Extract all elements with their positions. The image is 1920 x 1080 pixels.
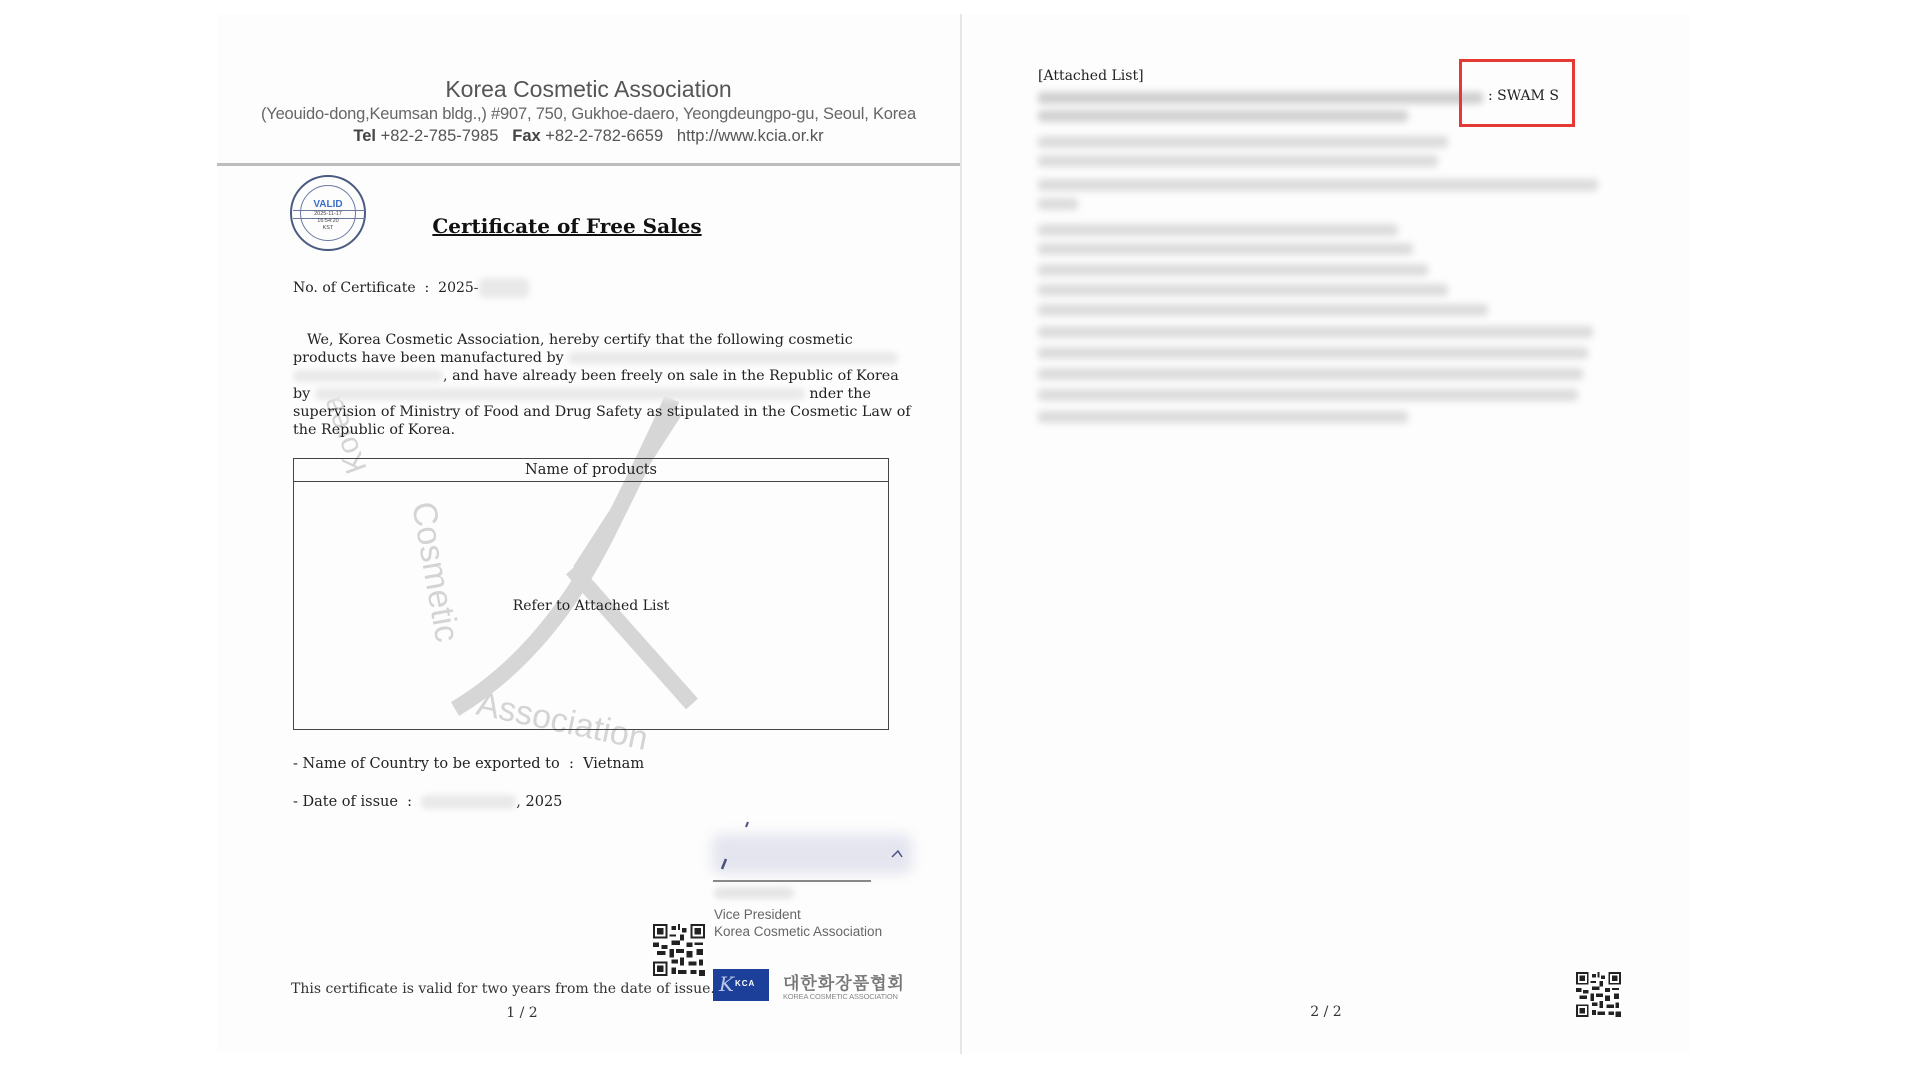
statement-line-4-prefix: by (293, 386, 310, 402)
org-contact: Tel +82-2-785-7985 Fax +82-2-782-6659 ht… (217, 127, 960, 146)
statement-line-4-suffix: nder the (809, 386, 871, 402)
timestamp-stamp-icon: VALID 2025-11-17 16:54:20 KST (290, 175, 366, 251)
certificate-number-value: 2025- (438, 280, 478, 296)
signer-organization: Korea Cosmetic Association (714, 924, 882, 939)
products-table: Name of products Refer to Attached List (293, 458, 889, 730)
statement-line-3-text: , and have already been freely on sale i… (443, 368, 899, 384)
issue-date-separator: : (407, 794, 412, 810)
kca-k-icon: K (719, 972, 734, 996)
products-table-cell: Refer to Attached List (294, 483, 888, 729)
redacted-product-line (1038, 326, 1593, 338)
redacted-manufacturer-address (293, 370, 443, 382)
kca-korean-name: 대한화장품협회 (783, 969, 905, 994)
statement-line-3: , and have already been freely on sale i… (293, 367, 889, 385)
redacted-product-line (1038, 304, 1488, 316)
attached-list-title: [Attached List] (1038, 68, 1144, 84)
tel-label: Tel (353, 127, 376, 145)
statement-line-2-text: products have been manufactured by (293, 350, 564, 366)
fax-label: Fax (512, 127, 540, 145)
org-address: (Yeouido-dong,Keumsan bldg.,) #907, 750,… (217, 105, 960, 124)
export-country: - Name of Country to be exported to : Vi… (293, 756, 644, 772)
qr-code-icon[interactable] (653, 924, 705, 976)
issue-date-year: , 2025 (516, 794, 562, 810)
products-table-header: Name of products (294, 459, 888, 482)
tel-value: +82-2-785-7985 (381, 127, 499, 145)
highlight-box (1459, 59, 1575, 127)
website-link[interactable]: http://www.kcia.or.kr (677, 127, 824, 145)
stamp-zone: KST (301, 225, 355, 232)
validity-note: This certificate is valid for two years … (291, 981, 715, 997)
stamp-datetime: 2025-11-17 16:54:20 KST (301, 211, 355, 232)
signature-stroke-icon (712, 817, 912, 882)
statement-line-6: the Republic of Korea. (293, 421, 889, 439)
redacted-product-line (1038, 411, 1408, 423)
statement-line-2: products have been manufactured by (293, 349, 889, 367)
certification-statement: We, Korea Cosmetic Association, hereby c… (293, 331, 889, 439)
kca-english-name: KOREA COSMETIC ASSOCIATION (783, 992, 898, 1001)
redacted-product-line (1038, 92, 1483, 104)
redacted-certificate-number (479, 278, 529, 298)
stamp-date: 2025-11-17 (301, 211, 355, 218)
signer-title: Vice President (714, 907, 801, 922)
certificate-number: No. of Certificate : 2025- (293, 278, 529, 298)
redacted-product-line (1038, 155, 1438, 167)
certificate-number-separator: : (425, 280, 430, 296)
statement-line-5: supervision of Ministry of Food and Drug… (293, 403, 889, 421)
fax-value: +82-2-782-6659 (545, 127, 663, 145)
page-divider (960, 14, 962, 1054)
export-country-label: - Name of Country to be exported to (293, 756, 560, 772)
redacted-product-line (1038, 110, 1408, 122)
redacted-product-line (1038, 368, 1583, 380)
redacted-product-line (1038, 389, 1578, 401)
redacted-product-line (1038, 179, 1598, 191)
certificate-page-1: Korea Cosmetic Association Korea Cosmeti… (217, 14, 960, 1052)
certificate-title: Certificate of Free Sales (397, 214, 737, 238)
redacted-product-line (1038, 243, 1413, 255)
redacted-signer-name (714, 887, 794, 899)
signature-line (713, 880, 871, 882)
page-number: 2 / 2 (1201, 1004, 1451, 1020)
redacted-product-line (1038, 264, 1428, 276)
redacted-product-line (1038, 136, 1448, 148)
attached-list-page-2: [Attached List] : SWAM S 2 / 2 (963, 14, 1690, 1052)
kca-logo: K KCA (713, 969, 769, 1001)
header-rule (217, 163, 960, 166)
stamp-status: VALID (301, 199, 355, 210)
statement-line-1: We, Korea Cosmetic Association, hereby c… (293, 331, 889, 349)
redacted-product-line (1038, 224, 1398, 236)
page-number: 1 / 2 (217, 1005, 827, 1021)
redacted-product-line (1038, 347, 1588, 359)
export-country-separator: : (569, 756, 574, 772)
redacted-product-line (1038, 284, 1448, 296)
statement-line-4: by nder the (293, 385, 889, 403)
redacted-seller (315, 388, 805, 400)
redacted-manufacturer (568, 352, 898, 364)
qr-code-icon[interactable] (1576, 972, 1621, 1017)
redacted-product-line (1038, 198, 1078, 210)
kca-badge-text: KCA (735, 979, 755, 988)
redacted-issue-date (421, 795, 516, 809)
stamp-time: 16:54:20 (301, 218, 355, 225)
products-table-cell-text: Refer to Attached List (513, 598, 670, 614)
org-name: Korea Cosmetic Association (217, 76, 960, 103)
issue-date: - Date of issue : , 2025 (293, 794, 562, 810)
certificate-number-label: No. of Certificate (293, 280, 416, 296)
export-country-value: Vietnam (583, 756, 644, 772)
issue-date-label: - Date of issue (293, 794, 398, 810)
